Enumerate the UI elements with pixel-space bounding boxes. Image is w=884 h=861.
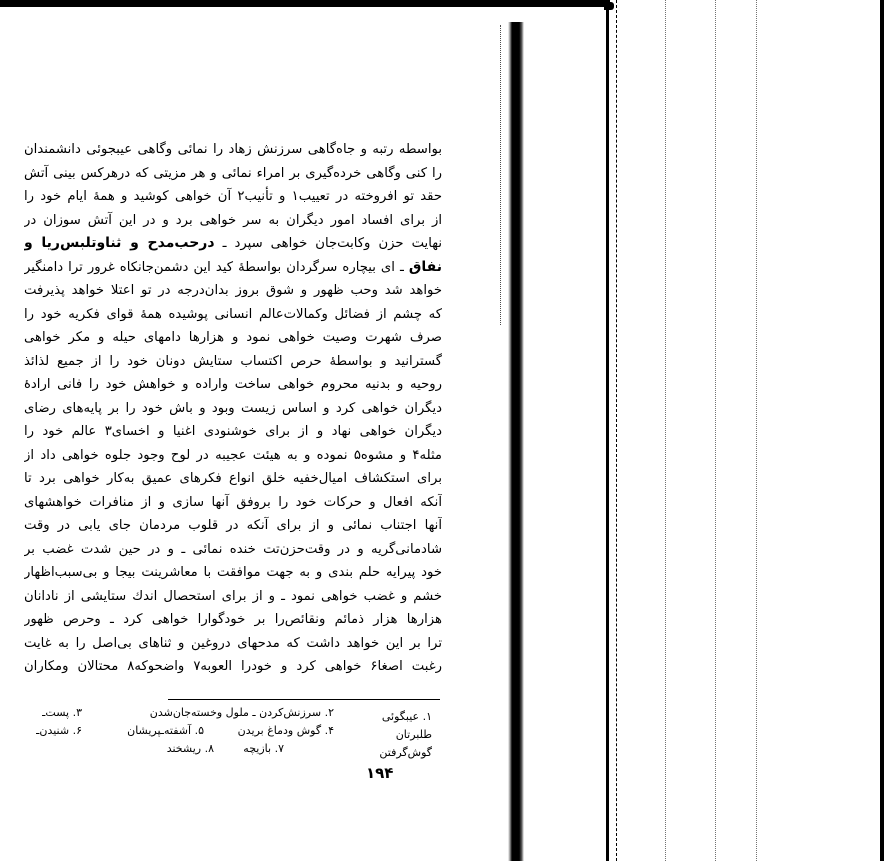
bleed-through-dotted-line: [756, 0, 757, 861]
bleed-through-dotted-line: [715, 0, 716, 861]
text-line: روحیه و بدنیه محروم خواهی ساخت واراده و …: [24, 373, 442, 397]
footnote-row: ۱. عیبگوئی ۲. سرزنش‌کردن ـ ملول وخسته‌جا…: [14, 704, 444, 722]
page-right-edge: [606, 0, 609, 861]
footnote-divider: [168, 699, 440, 700]
text-line: حقد تو افروخته در تعییب۱ و تأنیب۲ آن خوا…: [24, 185, 442, 209]
text-line: رغبت اصغا۶ خواهی کرد و خودرا العوبه۷ واض…: [24, 655, 442, 679]
footnote-row: گوش‌گرفتن ۷. بازیچه ۸. ریشخند: [14, 740, 444, 758]
footnote-item: گوش‌گرفتن: [379, 744, 432, 762]
body-text: بواسطه رتبه و جاه‌گاهی سرزنش زهاد را نما…: [24, 138, 442, 679]
page-edge-dashed-line: [616, 0, 617, 861]
text-line: از برای افساد امور دیگران به سر خواهی بر…: [24, 209, 442, 233]
text-line: هزارها هزار ذمائم ونقائص‌را بر خودگوارا …: [24, 608, 442, 632]
footnote-item: ۴. گوش ودماغ بریدن: [238, 722, 334, 740]
text-line: بواسطه رتبه و جاه‌گاهی سرزنش زهاد را نما…: [24, 138, 442, 162]
bleed-through-dotted-line: [665, 0, 666, 861]
footnote-item: ۲. سرزنش‌کردن ـ ملول وخسته‌جان‌شدن: [150, 704, 334, 722]
scan-right-edge-strip: [880, 0, 884, 861]
footnote-item: ۵. آشفته‌ـپریشان: [127, 722, 204, 740]
text-line: برای استکشاف امیال‌خفیه خلق انواع فکرهای…: [24, 467, 442, 491]
text-line: نهایت حزن وکابت‌جان خواهی سپرد ـ درحب‌مد…: [24, 232, 442, 256]
text-line: که چشم از فضائل وکمالات‌عالم انسانی پوشی…: [24, 303, 442, 327]
text-line: را کنی وگاهی خرده‌گیری بر امراء نمائی و …: [24, 162, 442, 186]
text-line: خواهد شد وحب ظهور و شوق بروز بدان‌درجه د…: [24, 279, 442, 303]
footnote-item: ۳. پست‌ـ: [42, 704, 82, 722]
footnote-item: ۶. شنیدن‌ـ: [36, 722, 82, 740]
footnote-row: طلبرتان ۴. گوش ودماغ بریدن ۵. آشفته‌ـپری…: [14, 722, 444, 740]
scan-top-border: [0, 0, 610, 7]
text-line: آنکه افعال و حرکات خود را بروفق آنها ساز…: [24, 491, 442, 515]
section-heading-inline: درحب‌مدح و ثناوتلبس‌ریا و: [24, 235, 215, 251]
text-line: خود پیرایه حلم بندی و به جهت موافقت با م…: [24, 561, 442, 585]
book-binding-shadow: [508, 22, 524, 861]
text-line: آنها اجتناب نمائی و از برای آنکه در قلوب…: [24, 514, 442, 538]
text-line: صرف شهرت وصیت خواهی نمود و هزارها دامهای…: [24, 326, 442, 350]
footnote-item: ۷. بازیچه: [243, 740, 284, 758]
text-line: خشم و غضب خواهی نمود ـ و از برای استحصال…: [24, 585, 442, 609]
text-line: شادمانی‌گریه و در وقت‌حزن‌تت خنده نمائی …: [24, 538, 442, 562]
text-line: نفاق ـ ای بیچاره سرگردان بواسطهٔ کید این…: [24, 256, 442, 280]
text-line: دیگران خواهی کرد و اساس زیست وبود و باش …: [24, 397, 442, 421]
text-line: ترا بر این خواهد داشت که مدحهای دروغین و…: [24, 632, 442, 656]
page-number: ۱۹۴: [366, 764, 393, 782]
text-line: گسترانید و بواسطهٔ حرص اکتساب ستایش دونا…: [24, 350, 442, 374]
binding-speckle: [500, 25, 504, 325]
footnotes: ۱. عیبگوئی ۲. سرزنش‌کردن ـ ملول وخسته‌جا…: [14, 704, 444, 758]
footnote-item: ۸. ریشخند: [167, 740, 214, 758]
text-line: دیگران خواهی نهاد و از برای خوشنودی اغنی…: [24, 420, 442, 444]
section-heading-inline: نفاق: [409, 259, 442, 275]
text-line: مثله۴ و مشوه۵ نموده و به هیئت عجیبه در ل…: [24, 444, 442, 468]
